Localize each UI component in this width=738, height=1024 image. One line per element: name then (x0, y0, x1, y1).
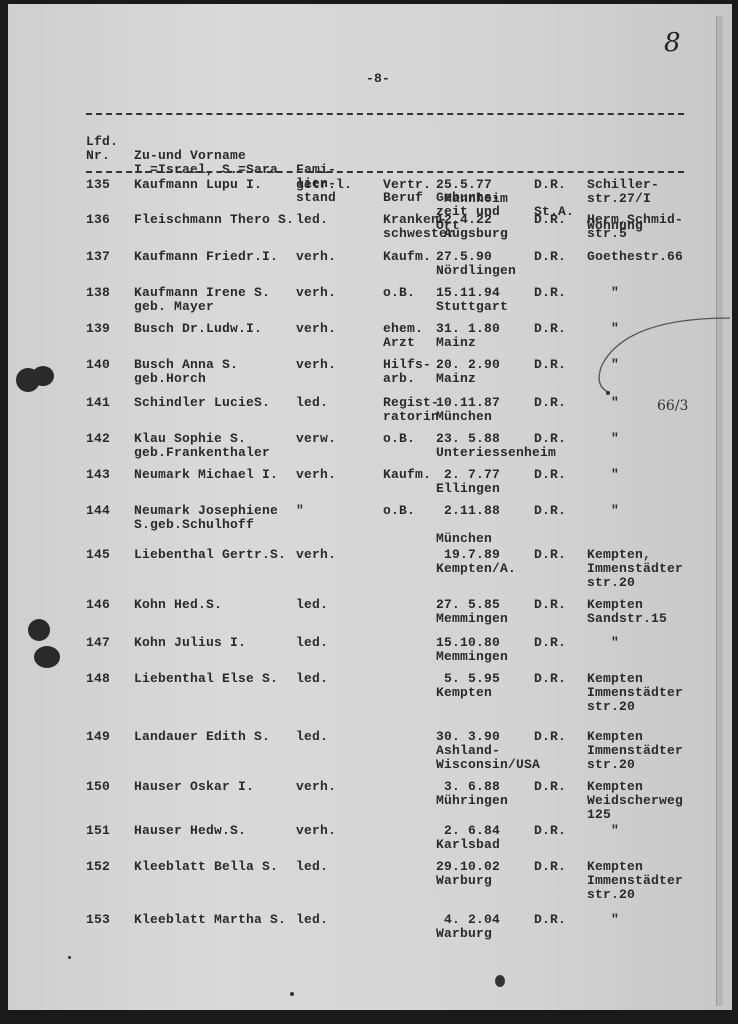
cell-geb: 12.4.22 Augsburg (436, 213, 508, 241)
cell-sta: D.R. (534, 730, 566, 744)
cell-geb: 25.5.77 Mannheim (436, 178, 508, 206)
ink-speck (495, 975, 505, 987)
cell-name: Liebenthal Else S. (134, 672, 278, 686)
cell-nr: 146 (86, 598, 110, 612)
cell-wohn: " (587, 913, 619, 927)
cell-nr: 135 (86, 178, 110, 192)
cell-fam: led. (296, 913, 328, 927)
header-nr: Lfd. Nr. (86, 135, 118, 163)
cell-name: Kaufmann Friedr.I. (134, 250, 278, 264)
cell-name: Hauser Hedw.S. (134, 824, 246, 838)
cell-fam: led. (296, 636, 328, 650)
cell-wohn: " (587, 636, 619, 650)
cell-fam: verh. (296, 358, 336, 372)
cell-name: Kleeblatt Martha S. (134, 913, 286, 927)
cell-name: Neumark Josephiene S.geb.Schulhoff (134, 504, 278, 532)
cell-beruf: Kaufm. (383, 468, 431, 482)
cell-fam: verh. (296, 824, 336, 838)
cell-beruf: Kaufm. (383, 250, 431, 264)
cell-sta: D.R. (534, 672, 566, 686)
cell-fam: verh. (296, 250, 336, 264)
cell-geb: 10.11.87 München (436, 396, 500, 424)
cell-geb: 3. 6.88 Mühringen (436, 780, 508, 808)
cell-geb: 29.10.02 Warburg (436, 860, 500, 888)
cell-sta: D.R. (534, 824, 566, 838)
cell-nr: 152 (86, 860, 110, 874)
cell-name: Schindler LucieS. (134, 396, 270, 410)
cell-fam: led. (296, 672, 328, 686)
table-row: 136Fleischmann Thero S.led.Kranken- schw… (0, 213, 738, 253)
cell-sta: D.R. (534, 250, 566, 264)
cell-geb: 27.5.90 Nördlingen (436, 250, 516, 278)
cell-geb: 2. 6.84 Karlsbad (436, 824, 500, 852)
cell-wohn: " (587, 824, 619, 838)
cell-fam: verh. (296, 548, 336, 562)
cell-geb: 15.10.80 Memmingen (436, 636, 508, 664)
cell-nr: 149 (86, 730, 110, 744)
cell-nr: 136 (86, 213, 110, 227)
cell-fam: led. (296, 213, 328, 227)
cell-fam: verh. (296, 286, 336, 300)
cell-wohn: " (587, 432, 619, 446)
cell-geb: 19.7.89 Kempten/A. (436, 548, 516, 576)
cell-sta: D.R. (534, 780, 566, 794)
cell-nr: 140 (86, 358, 110, 372)
cell-sta: D.R. (534, 468, 566, 482)
cell-wohn: " (587, 504, 619, 518)
cell-nr: 141 (86, 396, 110, 410)
cell-wohn: " (587, 468, 619, 482)
cell-fam: led. (296, 860, 328, 874)
cell-nr: 142 (86, 432, 110, 446)
cell-beruf: Hilfs- arb. (383, 358, 431, 386)
cell-sta: D.R. (534, 322, 566, 336)
typed-page-number: -8- (366, 72, 390, 86)
cell-fam: verh. (296, 468, 336, 482)
cell-name: Liebenthal Gertr.S. (134, 548, 286, 562)
cell-beruf: ehem. Arzt (383, 322, 423, 350)
cell-sta: D.R. (534, 636, 566, 650)
cell-wohn: Schiller- str.27/I (587, 178, 659, 206)
cell-beruf: o.B. (383, 504, 415, 518)
cell-name: Busch Anna S. geb.Horch (134, 358, 238, 386)
cell-wohn: Kempten Immenstädter str.20 (587, 860, 683, 902)
cell-nr: 150 (86, 780, 110, 794)
punch-hole (34, 646, 60, 668)
ink-speck (290, 992, 294, 996)
table-row: 153Kleeblatt Martha S.led. 4. 2.04 Warbu… (0, 913, 738, 953)
cell-name: Fleischmann Thero S. (134, 213, 294, 227)
table-row: 143Neumark Michael I.verh.Kaufm. 2. 7.77… (0, 468, 738, 508)
cell-geb: 31. 1.80 Mainz (436, 322, 500, 350)
cell-sta: D.R. (534, 396, 566, 410)
cell-sta: D.R. (534, 548, 566, 562)
cell-beruf: o.B. (383, 432, 415, 446)
cell-sta: D.R. (534, 913, 566, 927)
table-row: 150Hauser Oskar I.verh. 3. 6.88 Mühringe… (0, 780, 738, 820)
table-row: 149Landauer Edith S.led.30. 3.90 Ashland… (0, 730, 738, 770)
cell-beruf: Regist- ratorin (383, 396, 439, 424)
table-row: 148Liebenthal Else S.led. 5. 5.95 Kempte… (0, 672, 738, 712)
cell-fam: getr.l. (296, 178, 352, 192)
cell-wohn: Goethestr.66 (587, 250, 683, 264)
header-rule-bottom (86, 171, 684, 173)
cell-nr: 151 (86, 824, 110, 838)
punch-hole (28, 619, 50, 641)
cell-nr: 153 (86, 913, 110, 927)
cell-sta: D.R. (534, 504, 566, 518)
cell-nr: 145 (86, 548, 110, 562)
cell-geb: 27. 5.85 Memmingen (436, 598, 508, 626)
cell-geb: 2.11.88 München (436, 504, 500, 546)
handwritten-page-number: 8 (664, 28, 681, 58)
cell-wohn: Kempten Weidscherweg 125 (587, 780, 683, 822)
cell-fam: led. (296, 396, 328, 410)
cell-sta: D.R. (534, 358, 566, 372)
cell-nr: 148 (86, 672, 110, 686)
cell-wohn: Kempten Sandstr.15 (587, 598, 667, 626)
cell-geb: 30. 3.90 Ashland- Wisconsin/USA (436, 730, 540, 772)
cell-nr: 137 (86, 250, 110, 264)
table-row: 147Kohn Julius I.led.15.10.80 MemmingenD… (0, 636, 738, 676)
table-row: 137Kaufmann Friedr.I.verh.Kaufm.27.5.90 … (0, 250, 738, 290)
cell-nr: 143 (86, 468, 110, 482)
cell-nr: 147 (86, 636, 110, 650)
header-rule-top (86, 113, 684, 115)
cell-geb: 4. 2.04 Warburg (436, 913, 500, 941)
cell-nr: 144 (86, 504, 110, 518)
pencil-mark-icon (590, 310, 738, 400)
cell-sta: D.R. (534, 432, 566, 446)
cell-sta: D.R. (534, 178, 566, 192)
cell-name: Kaufmann Irene S. geb. Mayer (134, 286, 270, 314)
cell-sta: D.R. (534, 598, 566, 612)
cell-name: Kohn Hed.S. (134, 598, 222, 612)
table-row: 152Kleeblatt Bella S.led.29.10.02 Warbur… (0, 860, 738, 900)
cell-sta: D.R. (534, 860, 566, 874)
cell-wohn: Kempten Immenstädter str.20 (587, 672, 683, 714)
cell-fam: verw. (296, 432, 336, 446)
cell-nr: 138 (86, 286, 110, 300)
cell-wohn: Kempten Immenstädter str.20 (587, 730, 683, 772)
cell-wohn: " (587, 286, 619, 300)
ink-speck (68, 956, 71, 959)
cell-name: Busch Dr.Ludw.I. (134, 322, 262, 336)
cell-name: Kohn Julius I. (134, 636, 246, 650)
cell-geb: 20. 2.90 Mainz (436, 358, 500, 386)
table-row: 144Neumark Josephiene S.geb.Schulhoff"o.… (0, 504, 738, 544)
cell-fam: " (296, 504, 304, 518)
cell-geb: 2. 7.77 Ellingen (436, 468, 500, 496)
cell-name: Neumark Michael I. (134, 468, 278, 482)
cell-wohn: Herm,Schmid- str.5 (587, 213, 683, 241)
table-row: 146Kohn Hed.S.led.27. 5.85 MemmingenD.R.… (0, 598, 738, 638)
cell-fam: led. (296, 598, 328, 612)
cell-name: Klau Sophie S. geb.Frankenthaler (134, 432, 270, 460)
table-row: 142Klau Sophie S. geb.Frankenthalerverw.… (0, 432, 738, 472)
cell-fam: verh. (296, 780, 336, 794)
cell-name: Kaufmann Lupu I. (134, 178, 262, 192)
cell-fam: verh. (296, 322, 336, 336)
table-row: 145Liebenthal Gertr.S.verh. 19.7.89 Kemp… (0, 548, 738, 588)
cell-fam: led. (296, 730, 328, 744)
cell-sta: D.R. (534, 213, 566, 227)
cell-beruf: Vertr. (383, 178, 431, 192)
cell-name: Hauser Oskar I. (134, 780, 254, 794)
table-row: 151Hauser Hedw.S.verh. 2. 6.84 KarlsbadD… (0, 824, 738, 864)
cell-sta: D.R. (534, 286, 566, 300)
margin-annotation: 66/3 (657, 398, 688, 414)
table-row: 141Schindler LucieS.led.Regist- ratorin1… (0, 396, 738, 436)
cell-name: Kleeblatt Bella S. (134, 860, 278, 874)
cell-wohn: Kempten, Immenstädter str.20 (587, 548, 683, 590)
cell-geb: 5. 5.95 Kempten (436, 672, 500, 700)
cell-beruf: o.B. (383, 286, 415, 300)
cell-name: Landauer Edith S. (134, 730, 270, 744)
cell-geb: 15.11.94 Stuttgart (436, 286, 508, 314)
punch-hole (32, 366, 54, 386)
cell-nr: 139 (86, 322, 110, 336)
